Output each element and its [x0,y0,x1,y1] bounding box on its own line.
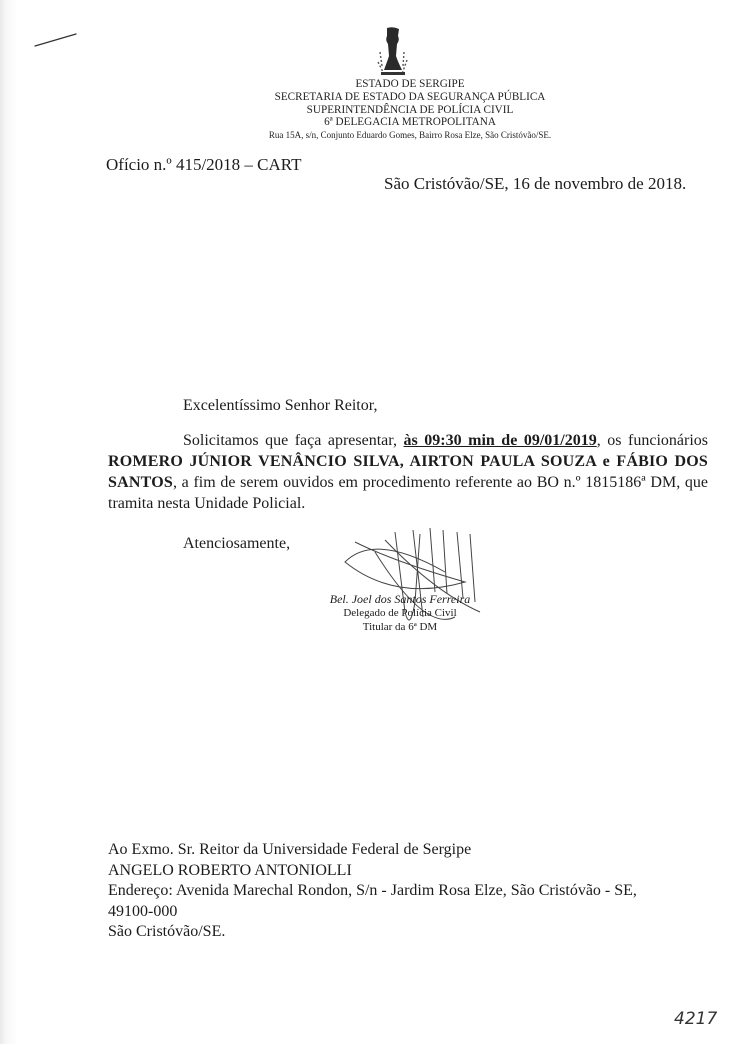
signer-name: Bel. Joel dos Santos Ferreira [300,592,500,606]
letterhead-line: 6ª DELEGACIA METROPOLITANA [220,116,600,129]
pen-stroke-mark [30,30,80,50]
signer-block: Bel. Joel dos Santos Ferreira Delegado d… [300,592,500,634]
signer-title: Delegado de Polícia Civil [300,606,500,620]
closing: Atenciosamente, [183,535,290,553]
recipient-address-block: Ao Exmo. Sr. Reitor da Universidade Fede… [108,840,718,943]
recipient-postal-code: 49100-000 [108,902,718,923]
letterhead-line: ESTADO DE SERGIPE [220,78,600,91]
letterhead-line: SUPERINTENDÊNCIA DE POLÍCIA CIVIL [220,104,600,117]
body-rest: , a fim de serem ouvidos em procedimento… [108,474,708,512]
appointment-datetime: às 09:30 min de 09/01/2019 [404,432,597,449]
scanned-letter-page: ESTADO DE SERGIPE SECRETARIA DE ESTADO D… [0,0,740,1044]
letterhead-line: SECRETARIA DE ESTADO DA SEGURANÇA PÚBLIC… [220,91,600,104]
state-coat-of-arms-icon [376,26,410,78]
salutation: Excelentíssimo Senhor Reitor, [183,397,377,415]
body-intro: Solicitamos que faça apresentar, [183,432,404,449]
recipient-address: Endereço: Avenida Marechal Rondon, S/n -… [108,881,718,902]
letter-body: Solicitamos que faça apresentar, às 09:3… [108,430,708,514]
body-connector: , os funcionários [597,432,708,449]
recipient-name: ANGELO ROBERTO ANTONIOLLI [108,861,718,882]
office-number: Ofício n.º 415/2018 – CART [106,155,302,175]
recipient-line: Ao Exmo. Sr. Reitor da Universidade Fede… [108,840,718,861]
letterhead: ESTADO DE SERGIPE SECRETARIA DE ESTADO D… [220,78,600,142]
page-number-text: 4217 [674,1009,717,1029]
handwritten-page-number: 4217 [672,1002,722,1032]
signer-role: Titular da 6ª DM [300,620,500,634]
letterhead-address: Rua 15A, s/n, Conjunto Eduardo Gomes, Ba… [220,129,600,142]
recipient-city: São Cristóvão/SE. [108,922,718,943]
place-date: São Cristóvão/SE, 16 de novembro de 2018… [384,174,686,194]
